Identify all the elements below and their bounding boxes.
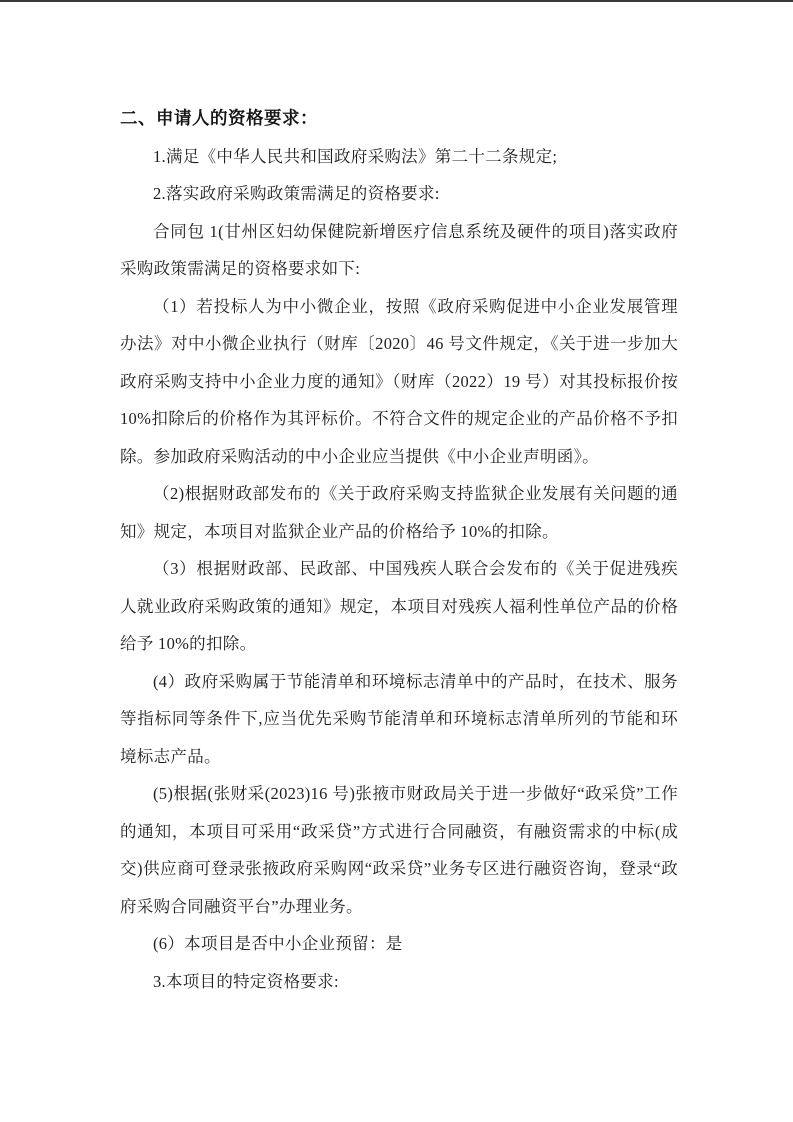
section-heading: 二、申请人的资格要求：	[120, 100, 678, 138]
page-top-edge-line	[0, 0, 793, 2]
paragraph-contract-package: 合同包 1(甘州区妇幼保健院新增医疗信息系统及硬件的项目)落实政府采购政策需满足…	[120, 213, 678, 288]
paragraph-item-4-energy-saving: (4）政府采购属于节能清单和环境标志清单中的产品时，在技术、服务等指标同等条件下…	[120, 663, 678, 776]
paragraph-item-6-sme-reserved: (6）本项目是否中小企业预留：是	[120, 925, 678, 963]
document-content: 二、申请人的资格要求： 1.满足《中华人民共和国政府采购法》第二十二条规定; 2…	[120, 100, 678, 1000]
paragraph-item-3-disabled-welfare: （3）根据财政部、民政部、中国残疾人联合会发布的《关于促进残疾人就业政府采购政策…	[120, 550, 678, 663]
paragraph-rule-3-specific-qualification: 3.本项目的特定资格要求:	[120, 963, 678, 1001]
paragraph-item-2-prison-enterprise: （2)根据财政部发布的《关于政府采购支持监狱企业发展有关问题的通知》规定，本项目…	[120, 475, 678, 550]
document-page: 二、申请人的资格要求： 1.满足《中华人民共和国政府采购法》第二十二条规定; 2…	[0, 0, 793, 1122]
paragraph-item-1-sme-deduction: （1）若投标人为中小微企业，按照《政府采购促进中小企业发展管理办法》对中小微企业…	[120, 288, 678, 476]
paragraph-rule-1: 1.满足《中华人民共和国政府采购法》第二十二条规定;	[120, 138, 678, 176]
paragraph-item-5-procurement-loan: (5)根据(张财采(2023)16 号)张掖市财政局关于进一步做好“政采贷”工作…	[120, 775, 678, 925]
paragraph-rule-2: 2.落实政府采购政策需满足的资格要求:	[120, 175, 678, 213]
